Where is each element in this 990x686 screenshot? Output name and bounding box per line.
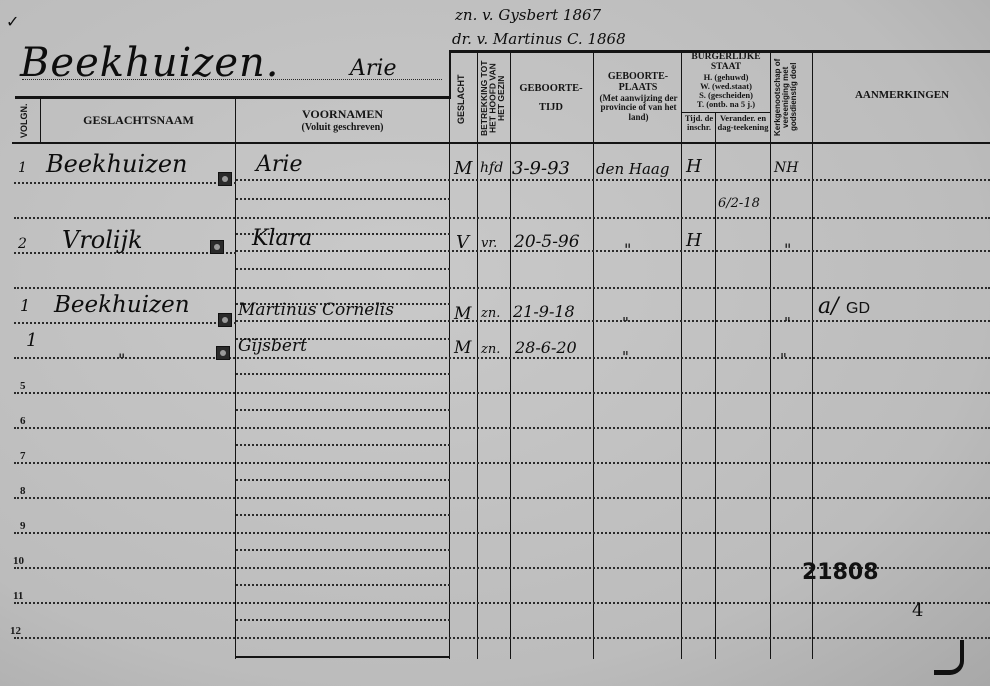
row-number: 7 (20, 450, 26, 462)
relation: zn. (481, 306, 500, 321)
birth-place: den Haag (596, 160, 669, 178)
sex: M (454, 338, 471, 358)
annotation-father: zn. v. Gysbert 1867 (455, 6, 601, 24)
head-name-underline (22, 79, 442, 80)
header-bottom-line (12, 142, 990, 144)
birth-date: 3-9-93 (512, 158, 570, 179)
relation: hfd (480, 160, 503, 176)
header-tijd-inschr: Tijd. de inschr. (683, 114, 715, 132)
row-number: 10 (13, 555, 24, 567)
birth-place: " (622, 348, 629, 366)
birth-date: 20-5-96 (514, 232, 580, 252)
birth-date: 28-6-20 (515, 338, 577, 357)
row-number: 1 (18, 160, 27, 176)
stamp-icon (218, 172, 232, 186)
row-number: 8 (20, 485, 26, 497)
change-date: 6/2-18 (718, 196, 760, 211)
row-number: 11 (13, 590, 23, 602)
surname: Beekhuizen (54, 292, 190, 318)
population-register-card: ✓ Beekhuizen. Arie zn. v. Gysbert 1867 d… (0, 0, 990, 686)
head-firstname: Arie (350, 56, 396, 81)
remarks-check: a/ (818, 294, 839, 319)
header-geboorteplaats: GEBOORTE-PLAATS (597, 72, 679, 93)
burgerlijke-staat-codes: H. (gehuwd) W. (wed.staat) S. (gescheide… (682, 73, 770, 109)
row-number: 2 (18, 236, 27, 252)
religion: " (784, 314, 791, 332)
civil-status: H (686, 230, 702, 251)
birth-date: 21-9-18 (513, 302, 575, 321)
header-betrekking: BETREKKING TOT HET HOOFD VAN HET GEZIN (480, 56, 508, 140)
religion: NH (774, 160, 798, 176)
header-top-line-left (15, 96, 451, 99)
col-line-volgno (40, 96, 41, 144)
birth-place: " (624, 240, 631, 259)
card-number: 21808 (802, 560, 879, 585)
signature-mark-icon (934, 640, 964, 675)
header-volgno: VOLGN. (20, 102, 29, 140)
sex: M (454, 158, 472, 179)
relation: vr. (481, 236, 497, 251)
header-burgerlijke-staat: BURGERLIJKE STAAT (684, 53, 768, 73)
margin-note: 4 (912, 600, 923, 621)
remarks: GD (846, 300, 870, 318)
religion: " (784, 240, 791, 259)
header-geslacht: GESLACHT (457, 60, 466, 138)
religion: " (780, 350, 787, 368)
surname: Beekhuizen (46, 150, 187, 178)
row-number: 12 (10, 625, 21, 637)
header-geboorteplaats-sub: (Met aanwijzing der provincie of van het… (596, 94, 681, 122)
relation: zn. (481, 342, 500, 357)
header-kerkgenootschap: Kerkgenootschap of vereeniging met godsd… (774, 54, 810, 140)
header-geslachtsnaam: GESLACHTSNAAM (42, 114, 235, 127)
check-mark: ✓ (6, 12, 19, 31)
header-geboortetijd: GEBOORTE-TIJD (516, 80, 586, 118)
header-verandering: Verander. en dag-teekening (716, 114, 770, 132)
firstnames: Arie (256, 152, 302, 177)
header-voornamen-sub: (Voluit geschreven) (236, 123, 449, 134)
surname: Vrolijk (62, 226, 143, 254)
surname: " (118, 350, 125, 369)
sex: V (456, 232, 469, 253)
header-voornamen: VOORNAMEN (236, 108, 449, 121)
header-step-line (449, 50, 451, 98)
stamp-icon (210, 240, 224, 254)
stamp-icon (216, 346, 230, 360)
col-line-verandering (715, 112, 716, 659)
header-aanmerkingen: AANMERKINGEN (814, 90, 990, 102)
row-number: 1 (26, 330, 37, 351)
civil-status: H (686, 156, 702, 177)
firstnames: Gijsbert (238, 336, 307, 356)
row-number: 1 (20, 296, 30, 315)
row-number: 9 (20, 520, 26, 532)
annotation-mother: dr. v. Martinus C. 1868 (452, 30, 626, 48)
stamp-icon (218, 313, 232, 327)
row-number: 6 (20, 415, 26, 427)
row-number: 5 (20, 380, 26, 392)
birth-place: " (622, 314, 629, 332)
code-ontbonden: T. (ontb. na 5 j.) (682, 100, 770, 109)
firstnames: Martinus Cornelis (238, 300, 394, 320)
voornamen-bottom-line (235, 656, 450, 658)
sex: M (454, 304, 471, 324)
firstnames: Klara (252, 226, 312, 251)
